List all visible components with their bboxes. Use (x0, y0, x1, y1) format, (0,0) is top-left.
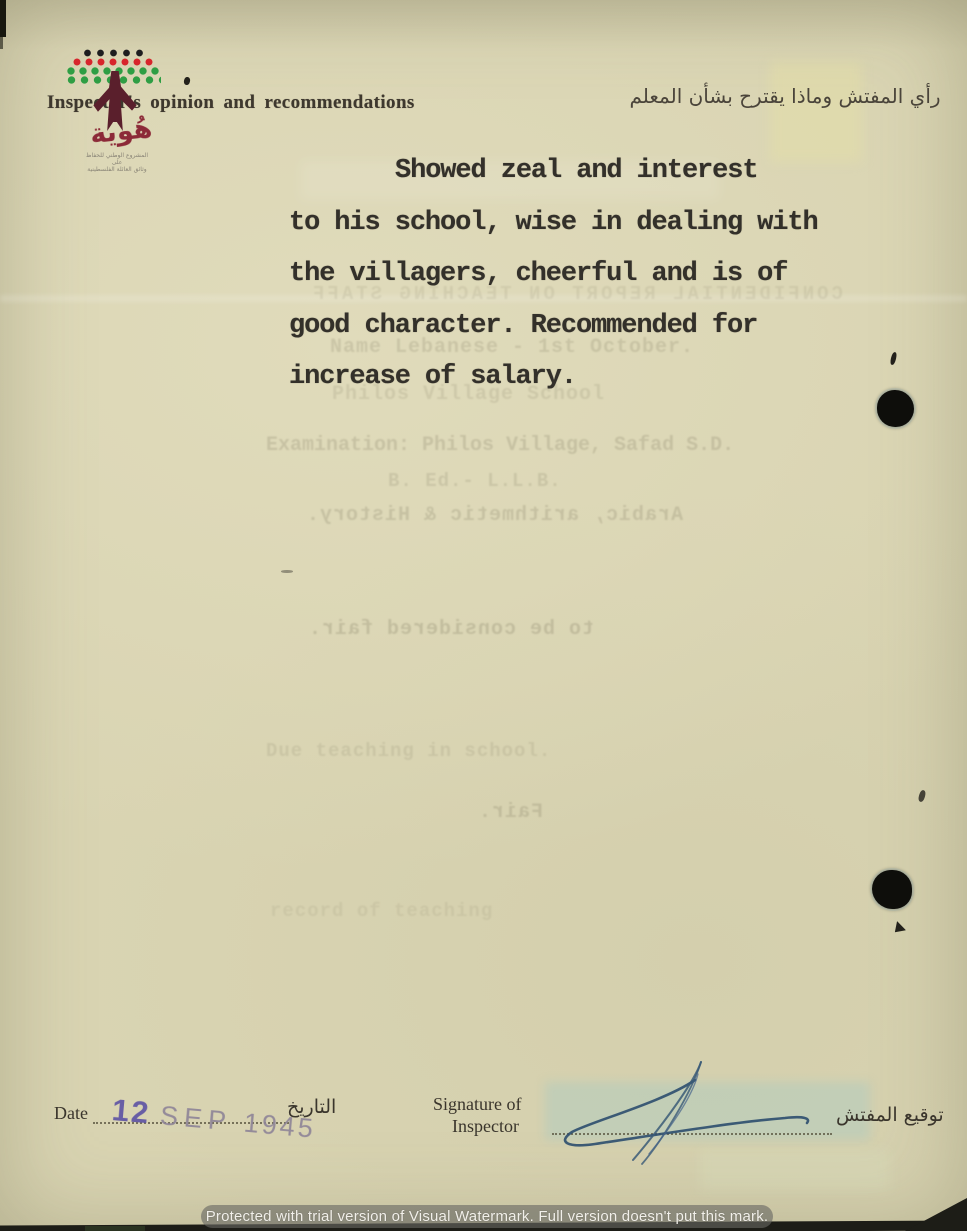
scan-edge (0, 37, 3, 49)
logo-tagline-arabic: المشروع الوطني للحفاظ على وثائق العائلة … (80, 152, 154, 173)
bleedthrough-line: B. Ed.- L.L.B. (388, 470, 562, 492)
bleedthrough-line: Examination: Philos Village, Safad S.D. (266, 434, 734, 457)
signature-label: Signature of Inspector (433, 1093, 521, 1137)
scanned-report-page: CONFIDENTIAL REPORT ON TEACHING STAFFNam… (0, 0, 967, 1231)
signature-label-arabic: توقيع المفتش (836, 1104, 944, 1126)
page-title-arabic: رأي المفتش وماذا يقترح بشأن المعلم (620, 84, 950, 108)
stamp-month: SEP (159, 1100, 233, 1136)
signature-label-line1: Signature of (433, 1093, 521, 1115)
logo-wordmark-arabic: هُوية (89, 113, 154, 150)
scan-edge (85, 1226, 145, 1231)
ink-blot-top (877, 390, 914, 427)
bleedthrough-line: Fair. (478, 801, 543, 824)
logo-tagline-line2: وثائق العائلة الفلسطينية (80, 166, 154, 173)
date-label: Date (54, 1103, 88, 1124)
ink-speck (281, 570, 293, 573)
scan-edge (0, 0, 6, 37)
bleedthrough-line: to be considered fair. (308, 618, 594, 641)
typewritten-line: good character. Recommended for (289, 301, 869, 353)
bleedthrough-line: Arabic, arithmetic & History. (306, 504, 683, 527)
typewritten-line: to his school, wise in dealing with (289, 198, 869, 250)
ink-blot-bottom (872, 870, 912, 909)
inspector-signature (545, 1050, 845, 1175)
stamp-day: 12 (111, 1092, 152, 1130)
typewritten-line: Showed zeal and interest (289, 146, 869, 198)
typewritten-remarks: Showed zeal and interestto his school, w… (289, 146, 869, 404)
typewritten-line: increase of salary. (289, 352, 869, 404)
signature-label-line2: Inspector (452, 1115, 521, 1137)
bleedthrough-line: record of teaching (270, 900, 493, 922)
logo-tagline-line1: المشروع الوطني للحفاظ على (80, 152, 154, 166)
bleedthrough-line: Due teaching in school. (266, 740, 551, 762)
typewritten-line: the villagers, cheerful and is of (289, 249, 869, 301)
archive-logo: هُوية المشروع الوطني للحفاظ على وثائق ال… (62, 44, 182, 179)
trial-watermark-banner: Protected with trial version of Visual W… (201, 1205, 773, 1228)
stamp-year: 1945 (243, 1108, 317, 1144)
